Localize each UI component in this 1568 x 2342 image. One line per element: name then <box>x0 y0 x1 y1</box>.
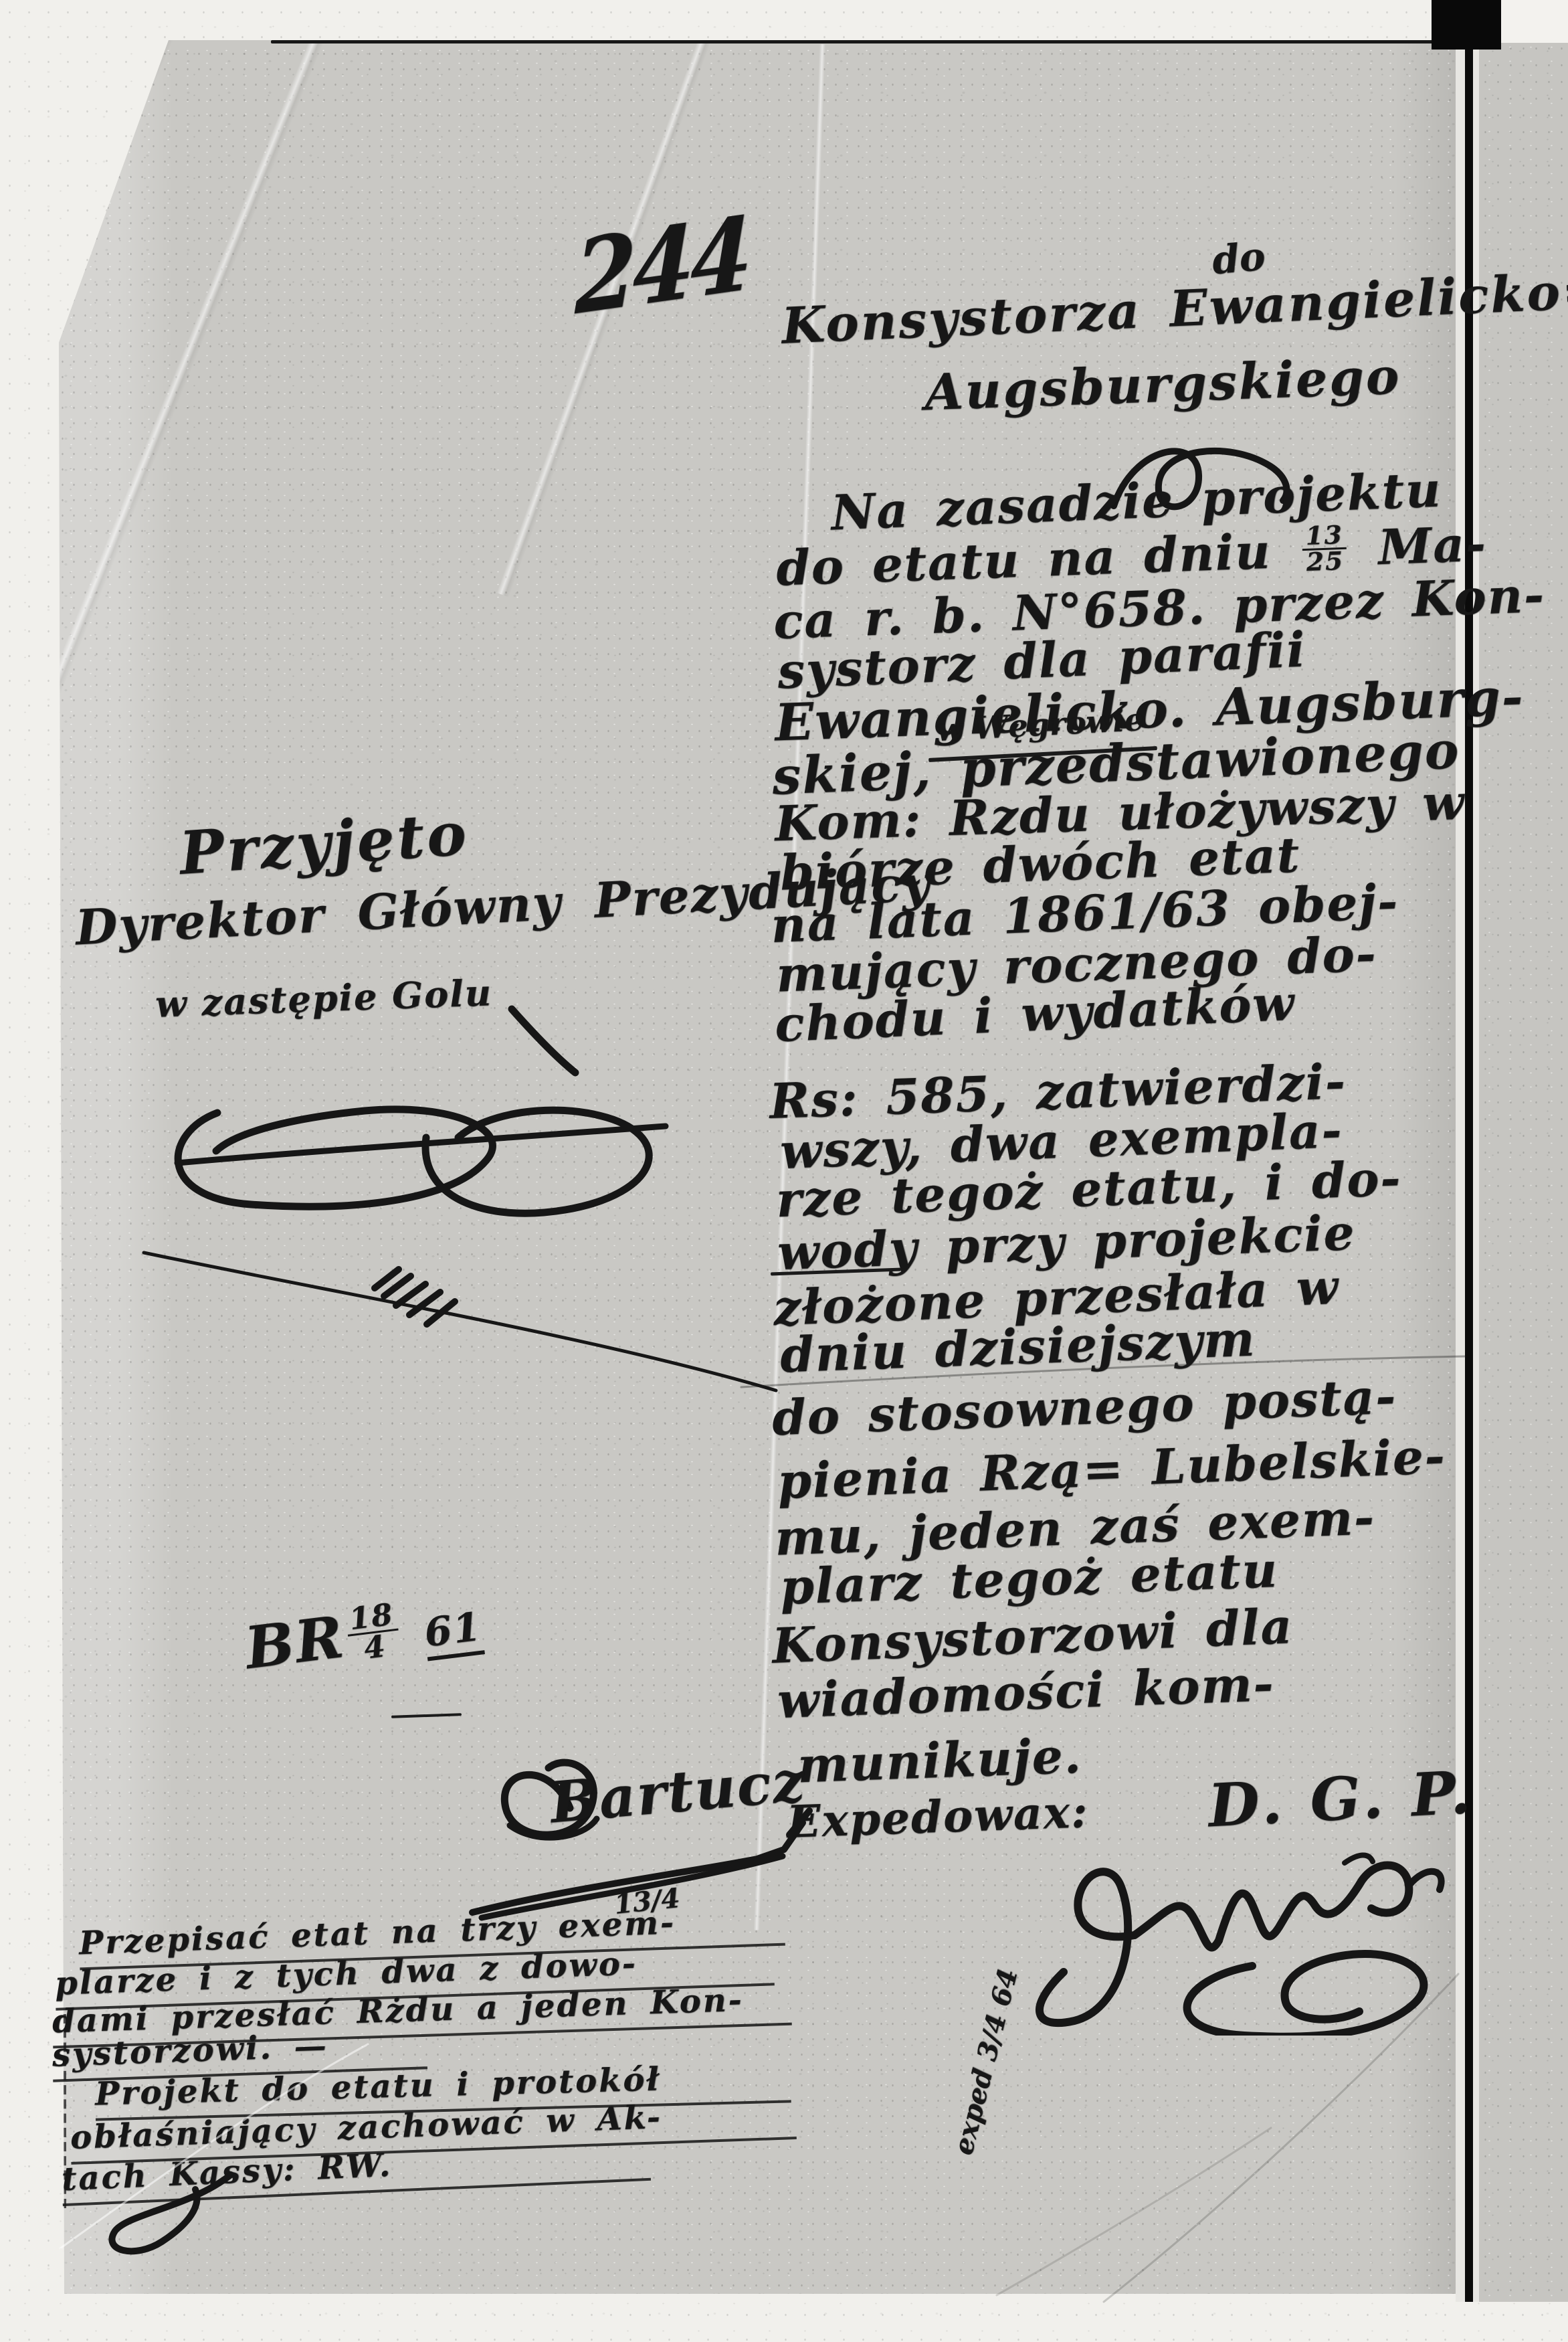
film-edge-block <box>1432 0 1501 50</box>
body-line2-post: Ma- <box>1377 515 1488 575</box>
page-number: 244 <box>575 193 748 337</box>
page-top-edge <box>271 40 1469 43</box>
registry-prefix: BR <box>241 1603 348 1682</box>
date-fraction: 13 25 <box>1302 523 1348 574</box>
gutter-highlight <box>1473 40 1479 2302</box>
gutter-highlight <box>1456 40 1465 2302</box>
closing-initials: D. G. P. <box>1207 1757 1476 1841</box>
scanned-document: 244 do Konsystorza Ewangielicko= Augsbur… <box>0 0 1568 2342</box>
book-gutter <box>1465 40 1473 2302</box>
paper-crease <box>23 27 328 752</box>
registry-year: 61 <box>422 1603 485 1661</box>
body-line: munikuje. <box>797 1727 1083 1794</box>
closing-expedition: Expedowax: <box>786 1785 1090 1848</box>
date-fraction-denominator: 25 <box>1302 549 1347 574</box>
salutation-do: do <box>1210 234 1267 284</box>
scanner-corner <box>1501 0 1568 43</box>
paper-crease <box>0 27 177 633</box>
adjacent-page-sliver <box>1479 40 1568 2302</box>
registry-fraction: 184 <box>345 1600 402 1665</box>
